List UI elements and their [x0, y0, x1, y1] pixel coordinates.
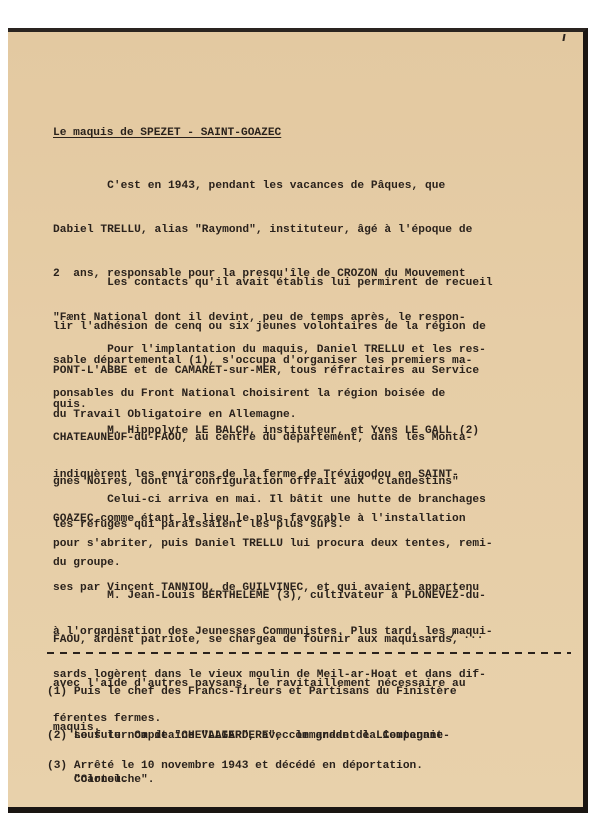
- footnote-3: (3) Arrêté le 10 novembre 1943 et décédé…: [47, 730, 423, 788]
- text-line: FAOU, ardent patriote, se chargea de fou…: [53, 633, 486, 648]
- document-title: Le maquis de SPEZET - SAINT-GOAZEC: [53, 127, 281, 139]
- text-line: (1) Puis le chef des Francs-Tireurs et P…: [47, 685, 457, 700]
- text-line: pour s'abriter, puis Daniel TRELLU lui p…: [53, 537, 493, 552]
- text-line: Celui-ci arriva en mai. Il bâtit une hut…: [53, 493, 493, 508]
- text-line: Dabiel TRELLU, alias "Raymond", institut…: [53, 223, 472, 238]
- text-line: Les contacts qu'il avait établis lui per…: [53, 276, 493, 291]
- text-line: C'est en 1943, pendant les vacances de P…: [53, 179, 472, 194]
- text-line: M. Hippolyte LE BALCH, instituteur, et Y…: [53, 424, 479, 439]
- text-line: M. Jean-Louis BERTHELEME (3), cultivateu…: [53, 589, 486, 604]
- text-line: Pour l'implantation du maquis, Daniel TR…: [53, 343, 486, 358]
- text-line: (3) Arrêté le 10 novembre 1943 et décédé…: [47, 759, 423, 774]
- footnote-separator: [47, 652, 571, 654]
- continuation-marker: ... / ...: [423, 630, 483, 642]
